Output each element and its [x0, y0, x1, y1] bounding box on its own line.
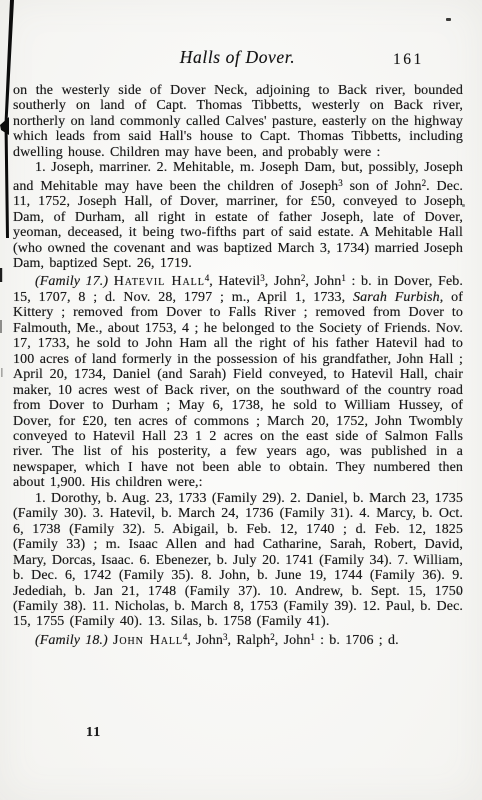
- text-segment: , John: [187, 633, 223, 648]
- page-number: 161: [393, 51, 424, 69]
- text-segment: son of John: [343, 179, 422, 194]
- text-segment: , John: [265, 274, 301, 289]
- text-segment: Sarah Furbish: [353, 290, 440, 305]
- paragraph-joseph-mehitable: 1. Joseph, marriner. 2. Mehitable, m. Jo…: [13, 160, 463, 271]
- paragraph-family-17: (Family 17.) Hatevil Hall4, Hatevil3, Jo…: [13, 271, 463, 490]
- text-segment: Hatevil Hall: [114, 274, 205, 289]
- text-segment: , John: [305, 274, 341, 289]
- text-segment: (Family 17.): [35, 274, 108, 289]
- text-segment: (Family 18.): [35, 633, 108, 648]
- text-segment: on the westerly side of Dover Neck, adjo…: [13, 83, 463, 160]
- text-segment: , John: [275, 633, 311, 648]
- text-segment: : b. 1706 ; d.: [315, 633, 399, 648]
- printer-signature-mark: 11: [86, 725, 101, 741]
- scanned-book-page: Halls of Dover. 161 on the westerly side…: [0, 0, 482, 800]
- scan-speck: [446, 18, 451, 21]
- text-segment: 1. Dorothy, b. Aug. 23, 1733 (Family 29)…: [13, 491, 463, 630]
- text-segment: , of Kittery ; removed from Dover to Fal…: [13, 290, 463, 490]
- paragraph-family-17-children: 1. Dorothy, b. Aug. 23, 1733 (Family 29)…: [13, 491, 463, 630]
- text-segment: , Hatevil: [209, 274, 260, 289]
- paragraph-family-18: (Family 18.) John Hall4, John3, Ralph2, …: [13, 630, 463, 648]
- page-body: on the westerly side of Dover Neck, adjo…: [13, 83, 463, 648]
- text-segment: , Ralph: [228, 633, 271, 648]
- text-segment: John Hall: [113, 633, 183, 648]
- paragraph-continuation: on the westerly side of Dover Neck, adjo…: [13, 83, 463, 160]
